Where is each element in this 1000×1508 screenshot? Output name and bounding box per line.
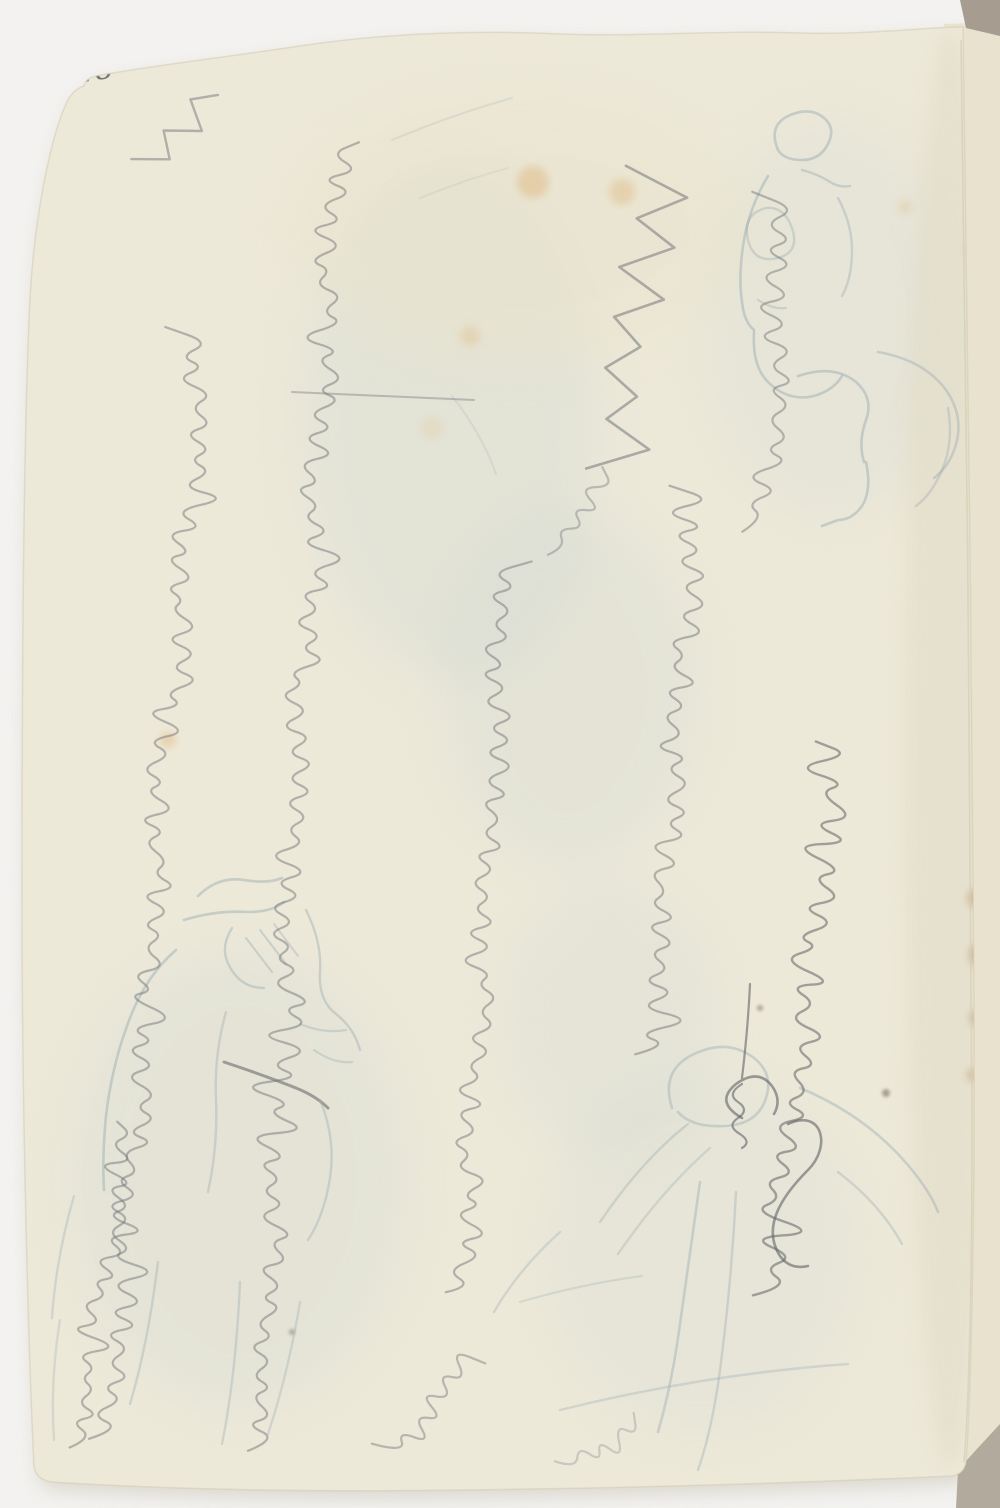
wash-top-warm (290, 100, 750, 360)
stain-fox-3 (460, 326, 480, 346)
stain-fox-6 (899, 201, 911, 213)
stain-fox-5 (421, 417, 443, 439)
speck-2 (757, 1005, 763, 1011)
stain-fox-1 (517, 166, 549, 198)
scan-canvas: 128 (0, 0, 1000, 1508)
wash-center-low (440, 510, 700, 870)
sketchbook-page-scan: 128 (0, 0, 1000, 1508)
speck-1 (882, 1089, 890, 1097)
stain-fox-2 (609, 179, 635, 205)
